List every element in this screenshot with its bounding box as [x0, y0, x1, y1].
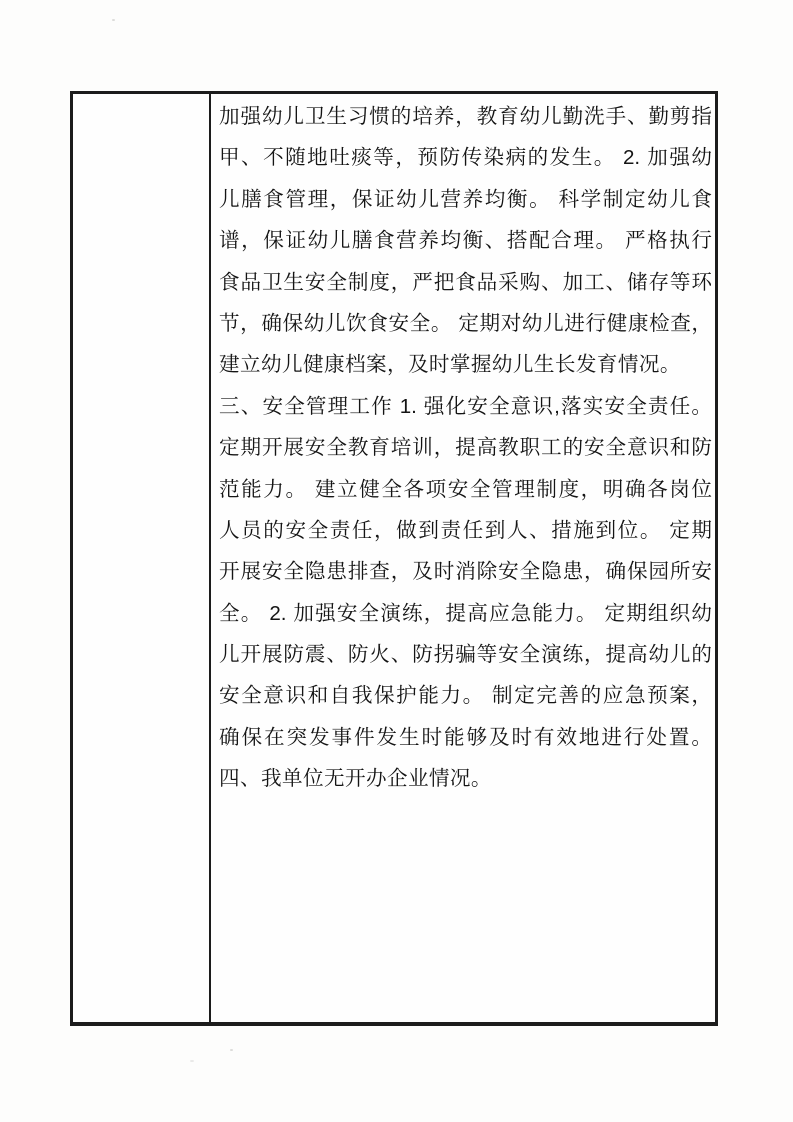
form-table: 加强幼儿卫生习惯的培养，教育幼儿勤洗手、勤剪指 甲、不随地吐痰等，预防传染病的发…	[70, 91, 718, 1026]
text-line: 三、安全管理工作 1. 强化安全意识,落实安全责任。	[219, 386, 712, 427]
text-line: 谱，保证幼儿膳食营养均衡、搭配合理。 严格执行	[219, 220, 712, 261]
text-line: 节，确保幼儿饮食安全。 定期对幼儿进行健康检查，	[219, 303, 712, 344]
text-line: 建立幼儿健康档案，及时掌握幼儿生长发育情况。	[219, 344, 712, 385]
scan-speck	[190, 1060, 194, 1062]
text-line: 儿膳食管理，保证幼儿营养均衡。 科学制定幼儿食	[219, 179, 712, 220]
scanned-page: 加强幼儿卫生习惯的培养，教育幼儿勤洗手、勤剪指 甲、不随地吐痰等，预防传染病的发…	[0, 0, 793, 1122]
text-line: 四、我单位无开办企业情况。	[219, 758, 712, 799]
table-content-cell: 加强幼儿卫生习惯的培养，教育幼儿勤洗手、勤剪指 甲、不随地吐痰等，预防传染病的发…	[211, 94, 715, 1022]
text-line: 甲、不随地吐痰等，预防传染病的发生。 2. 加强幼	[219, 137, 712, 178]
text-line: 确保在突发事件发生时能够及时有效地进行处置。	[219, 717, 712, 758]
text-line: 开展安全隐患排查，及时消除安全隐患，确保园所安	[219, 551, 712, 592]
text-line: 安全意识和自我保护能力。 制定完善的应急预案，	[219, 675, 712, 716]
text-line: 儿开展防震、防火、防拐骗等安全演练，提高幼儿的	[219, 634, 712, 675]
text-line: 范能力。 建立健全各项安全管理制度，明确各岗位	[219, 469, 712, 510]
table-label-cell	[73, 94, 211, 1022]
text-line: 定期开展安全教育培训，提高教职工的安全意识和防	[219, 427, 712, 468]
scan-speck	[112, 19, 115, 21]
scan-speck	[230, 1049, 233, 1051]
text-line: 加强幼儿卫生习惯的培养，教育幼儿勤洗手、勤剪指	[219, 96, 712, 137]
text-line: 食品卫生安全制度，严把食品采购、加工、储存等环	[219, 262, 712, 303]
text-line: 人员的安全责任，做到责任到人、措施到位。 定期	[219, 510, 712, 551]
text-line: 全。 2. 加强安全演练，提高应急能力。 定期组织幼	[219, 593, 712, 634]
